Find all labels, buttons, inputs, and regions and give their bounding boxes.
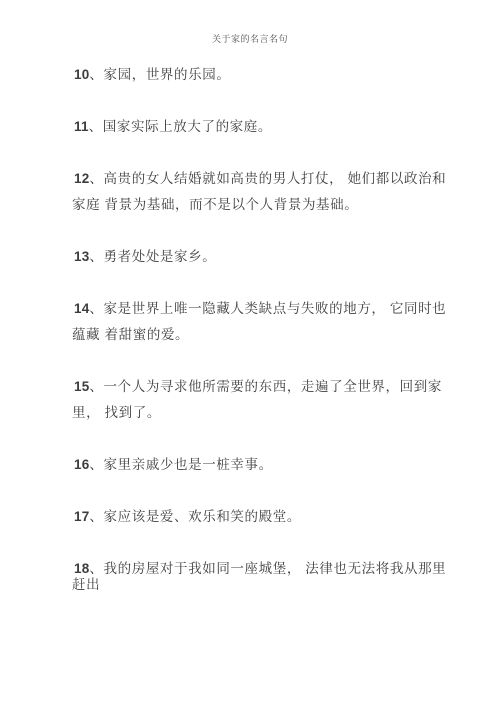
- quote-text: 高贵的女人结婚就如高贵的男人打仗， 她们都以政治和: [104, 171, 447, 186]
- quote-paragraph: 17、家应该是爱、欢乐和笑的殿堂。: [74, 504, 440, 530]
- quote-text: 勇者处处是家乡。: [104, 249, 217, 264]
- quote-first-line: 14、家是世界上唯一隐藏人类缺点与失败的地方， 它同时也: [74, 301, 446, 316]
- quote-text: 家园，世界的乐园。: [104, 67, 231, 82]
- enumeration-mark: 、: [89, 119, 103, 134]
- quote-number: 12: [74, 171, 89, 186]
- quote-text: 一个人为寻求他所需要的东西，走遍了全世界，回到家: [104, 379, 442, 394]
- quote-first-line: 11、国家实际上放大了的家庭。: [74, 119, 272, 134]
- quote-first-line: 15、一个人为寻求他所需要的东西，走遍了全世界，回到家: [74, 379, 442, 394]
- quote-text: 家应该是爱、欢乐和笑的殿堂。: [104, 509, 301, 524]
- enumeration-mark: 、: [89, 379, 103, 394]
- quotes-list: 10、家园，世界的乐园。 11、国家实际上放大了的家庭。 12、高贵的女人结婚就…: [0, 62, 500, 598]
- enumeration-mark: 、: [89, 171, 103, 186]
- quote-text-line: 蕴藏 着甜蜜的爱。: [72, 322, 440, 348]
- quote-paragraph: 13、勇者处处是家乡。: [74, 244, 440, 270]
- quote-number: 17: [74, 509, 89, 524]
- quote-paragraph: 14、家是世界上唯一隐藏人类缺点与失败的地方， 它同时也 蕴藏 着甜蜜的爱。: [74, 296, 440, 348]
- enumeration-mark: 、: [89, 301, 103, 316]
- quote-paragraph: 11、国家实际上放大了的家庭。: [74, 114, 440, 140]
- quote-first-line: 13、勇者处处是家乡。: [74, 249, 216, 264]
- quote-first-line: 18、我的房屋对于我如同一座城堡， 法律也无法将我从那里: [74, 561, 446, 576]
- enumeration-mark: 、: [89, 249, 103, 264]
- enumeration-mark: 、: [89, 509, 103, 524]
- quote-first-line: 16、家里亲戚少也是一桩幸事。: [74, 457, 273, 472]
- quote-text: 家是世界上唯一隐藏人类缺点与失败的地方， 它同时也: [104, 301, 447, 316]
- quote-number: 13: [74, 249, 89, 264]
- quote-paragraph: 15、一个人为寻求他所需要的东西，走遍了全世界，回到家 里， 找到了。: [74, 374, 440, 426]
- quote-text-line: 里， 找到了。: [72, 400, 440, 426]
- quote-paragraph: 18、我的房屋对于我如同一座城堡， 法律也无法将我从那里 赶出: [74, 556, 440, 598]
- quote-text-line: 家庭 背景为基础，而不是以个人背景为基础。: [72, 192, 440, 218]
- document-page: 关于家的名言名句 10、家园，世界的乐园。 11、国家实际上放大了的家庭。 12…: [0, 0, 500, 708]
- quote-paragraph: 10、家园，世界的乐园。: [74, 62, 440, 88]
- quote-number: 15: [74, 379, 89, 394]
- quote-number: 14: [74, 301, 89, 316]
- quote-first-line: 17、家应该是爱、欢乐和笑的殿堂。: [74, 509, 301, 524]
- quote-number: 10: [74, 67, 89, 82]
- quote-paragraph: 12、高贵的女人结婚就如高贵的男人打仗， 她们都以政治和 家庭 背景为基础，而不…: [74, 166, 440, 218]
- quote-text: 国家实际上放大了的家庭。: [103, 119, 272, 134]
- enumeration-mark: 、: [89, 457, 103, 472]
- quote-number: 16: [74, 457, 89, 472]
- quote-number: 11: [74, 119, 89, 134]
- quote-text: 我的房屋对于我如同一座城堡， 法律也无法将我从那里: [104, 561, 447, 576]
- enumeration-mark: 、: [89, 67, 103, 82]
- quote-first-line: 10、家园，世界的乐园。: [74, 67, 230, 82]
- page-title: 关于家的名言名句: [0, 0, 500, 45]
- quote-text: 家里亲戚少也是一桩幸事。: [104, 457, 273, 472]
- quote-paragraph: 16、家里亲戚少也是一桩幸事。: [74, 452, 440, 478]
- quote-first-line: 12、高贵的女人结婚就如高贵的男人打仗， 她们都以政治和: [74, 171, 446, 186]
